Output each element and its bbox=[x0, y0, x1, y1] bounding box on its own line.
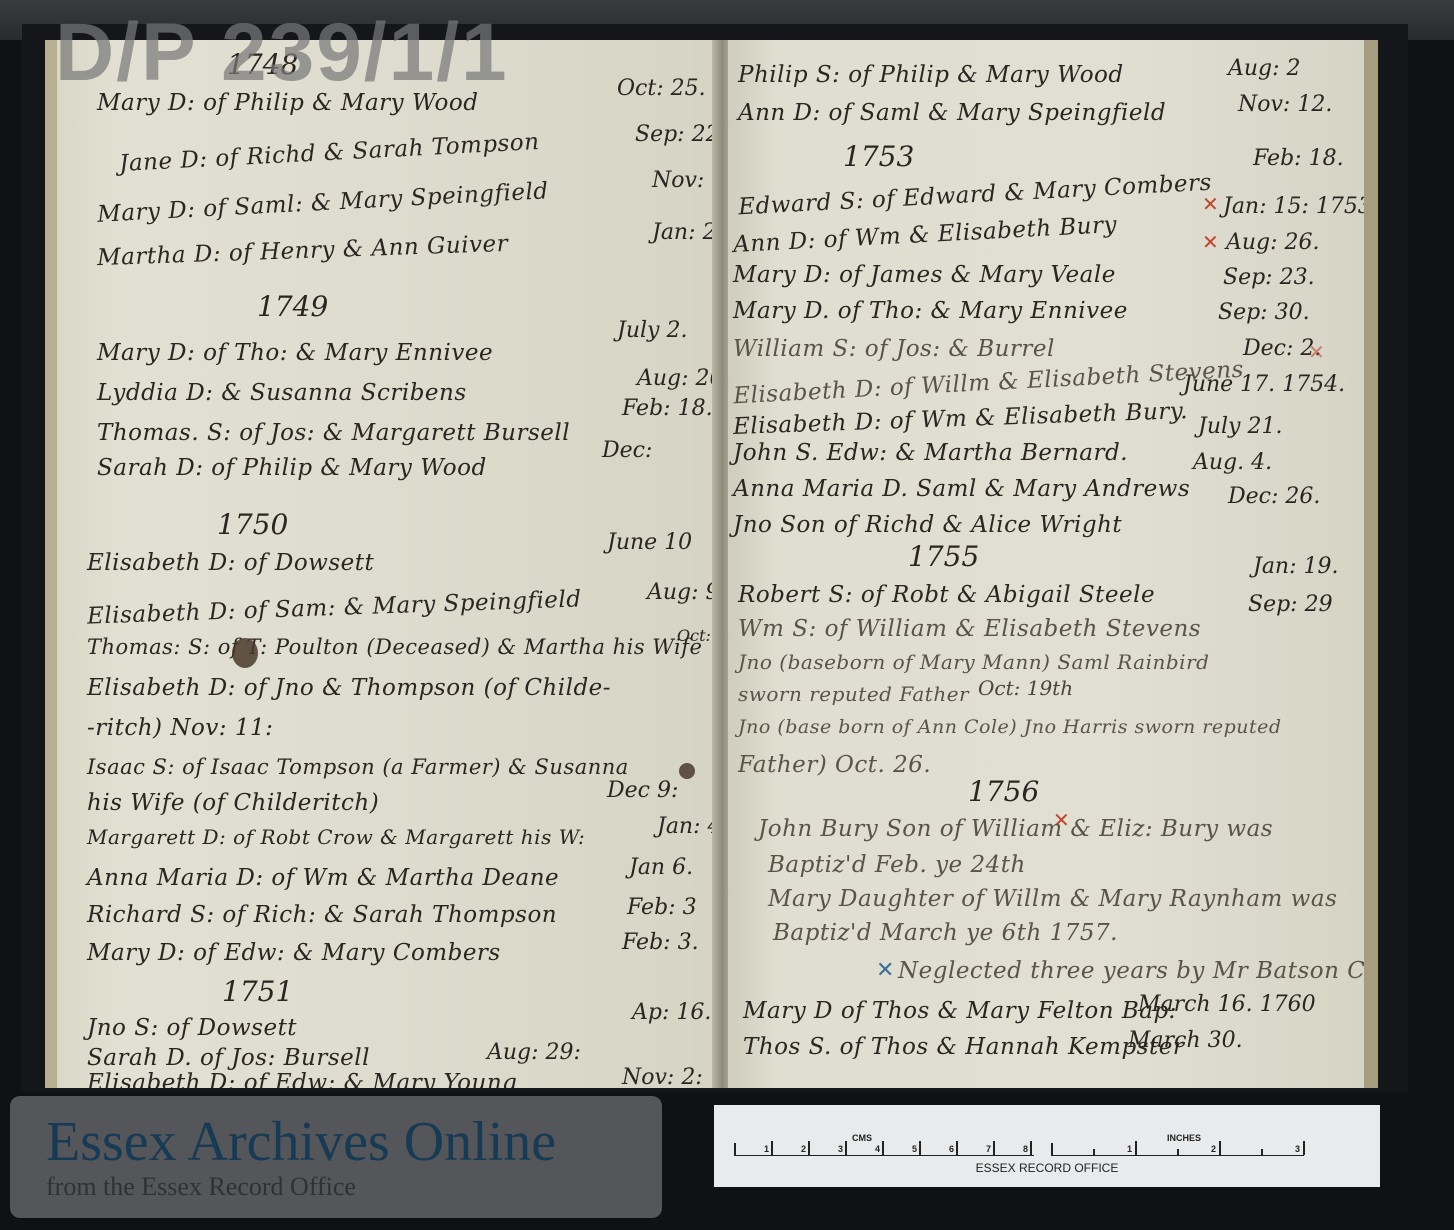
register-entry: Ann D: of Wm & Elisabeth Bury bbox=[733, 212, 1118, 258]
tick bbox=[1051, 1143, 1053, 1155]
register-entry: Baptiz'd March ye 6th 1757. bbox=[773, 920, 1118, 946]
register-entry: Robert S: of Robt & Abigail Steele bbox=[738, 582, 1155, 608]
cm-tick-label: 2 bbox=[801, 1144, 806, 1154]
cm-tick-label: 1 bbox=[764, 1144, 769, 1154]
register-entry: William S: of Jos: & Burrel bbox=[733, 336, 1055, 362]
register-entry: Mary D. of Tho: & Mary Ennivee bbox=[733, 298, 1128, 324]
tick bbox=[1177, 1149, 1179, 1155]
register-entry: Jno Son of Richd & Alice Wright bbox=[733, 512, 1122, 538]
register-entry: Thos S. of Thos & Hannah Kempster bbox=[743, 1034, 1184, 1060]
annotation-note: Neglected three years by Mr Batson Curat… bbox=[898, 958, 1378, 984]
entry-date: Oct: 19th bbox=[978, 676, 1073, 700]
year-heading: 1750 bbox=[217, 508, 288, 541]
entry-date: Feb: 18. bbox=[1253, 146, 1344, 171]
entry-date: Jan 6. bbox=[629, 855, 693, 880]
register-entry: Martha D: of Henry & Ann Guiver bbox=[97, 231, 509, 271]
tick bbox=[808, 1141, 810, 1155]
entry-date: Aug: 2 bbox=[1228, 56, 1301, 81]
tick bbox=[882, 1141, 884, 1155]
entry-date: Feb: 18. bbox=[622, 396, 713, 421]
entry-date: Dec: bbox=[602, 438, 652, 463]
cm-tick-label: 8 bbox=[1023, 1144, 1028, 1154]
entry-date: Sep: 23. bbox=[1223, 265, 1315, 290]
register-entry: Lyddia D: & Susanna Scribens bbox=[97, 380, 467, 406]
ink-stain bbox=[232, 638, 258, 668]
entry-date: Sep: 29 bbox=[1248, 592, 1333, 617]
tick bbox=[1261, 1149, 1263, 1155]
register-entry: Father) Oct. 26. bbox=[738, 752, 931, 778]
register-entry: Mary D: of James & Mary Veale bbox=[733, 262, 1116, 288]
year-heading: 1756 bbox=[968, 775, 1039, 808]
register-entry: Mary D: of Saml: & Mary Speingfield bbox=[97, 178, 550, 228]
essex-archives-logo: Essex Archives Online from the Essex Rec… bbox=[10, 1096, 662, 1218]
ink-stain bbox=[679, 763, 695, 779]
document-reference: D/P 239/1/1 bbox=[55, 12, 509, 94]
entry-date: Nov: 2: bbox=[622, 1065, 703, 1088]
register-entry: Mary D: of Edw: & Mary Combers bbox=[87, 940, 501, 966]
inch-scale: 1 2 3 bbox=[1051, 1135, 1304, 1156]
red-cross-mark: ✕ bbox=[1308, 340, 1325, 364]
red-cross-mark: ✕ bbox=[1202, 192, 1219, 216]
register-entry: John S. Edw: & Martha Bernard. bbox=[733, 440, 1128, 466]
entry-date: Jan: 4. bbox=[657, 814, 717, 839]
register-entry: Mary D of Thos & Mary Felton Bap: bbox=[743, 998, 1177, 1024]
entry-date: Dec: 26. bbox=[1228, 484, 1320, 509]
register-entry: Jane D: of Richd & Sarah Tompson bbox=[119, 129, 541, 177]
register-entry: Elisabeth D: of Edw: & Mary Young bbox=[87, 1070, 517, 1088]
register-entry: Anna Maria D. Saml & Mary Andrews bbox=[733, 476, 1190, 502]
red-cross-mark: ✕ bbox=[1202, 230, 1219, 254]
register-entry: Mary D: of Tho: & Mary Ennivee bbox=[97, 340, 493, 366]
entry-date: June 10 bbox=[607, 530, 692, 555]
entry-date: Sep: 30. bbox=[1218, 300, 1310, 325]
entry-date: Jan: 29. bbox=[652, 220, 717, 245]
cm-tick-label: 3 bbox=[838, 1144, 843, 1154]
entry-date: July 21. bbox=[1198, 414, 1282, 439]
scale-ruler: CMS 1 2 3 4 5 6 7 8 INCHES 1 2 3 ESSEX R… bbox=[714, 1105, 1380, 1187]
year-heading: 1749 bbox=[257, 290, 328, 323]
cm-tick-label: 4 bbox=[875, 1144, 880, 1154]
register-entry: Mary Daughter of Willm & Mary Raynham wa… bbox=[768, 886, 1337, 912]
entry-date: Dec 9: bbox=[607, 778, 678, 803]
tick bbox=[993, 1141, 995, 1155]
entry-date: Feb: 3. bbox=[622, 930, 699, 955]
entry-date: June 17. 1754. bbox=[1183, 372, 1345, 397]
entry-date: March 16. 1760 bbox=[1138, 992, 1316, 1017]
register-entry: Baptiz'd Feb. ye 24th bbox=[768, 852, 1026, 878]
entry-date: July 2. bbox=[617, 318, 687, 343]
register-entry: Ann D: of Saml & Mary Speingfield bbox=[738, 100, 1166, 126]
entry-date: Nov: 17 bbox=[652, 168, 717, 193]
entry-date: Aug: 9: bbox=[647, 580, 717, 605]
entry-date: Sep: 22. bbox=[635, 122, 717, 147]
register-entry: Sarah D. of Jos: Bursell bbox=[87, 1045, 370, 1071]
register-entry: Margarett D: of Robt Crow & Margarett hi… bbox=[87, 825, 585, 849]
cm-tick-label: 7 bbox=[986, 1144, 991, 1154]
tick bbox=[845, 1141, 847, 1155]
cm-tick-label: 5 bbox=[912, 1144, 917, 1154]
ruler-organisation: ESSEX RECORD OFFICE bbox=[714, 1161, 1380, 1175]
register-entry: Jno S: of Dowsett bbox=[87, 1015, 297, 1041]
year-heading: 1755 bbox=[908, 540, 979, 573]
entry-date: Nov: 12. bbox=[1238, 92, 1332, 117]
left-page: 1748 Mary D: of Philip & Mary Wood Oct: … bbox=[45, 40, 717, 1088]
entry-date: Ap: 16. bbox=[632, 1000, 711, 1025]
tick bbox=[1219, 1141, 1221, 1155]
tick bbox=[956, 1141, 958, 1155]
year-heading: 1753 bbox=[843, 140, 914, 173]
register-entry: Anna Maria D: of Wm & Martha Deane bbox=[87, 865, 559, 891]
year-heading: 1751 bbox=[222, 975, 293, 1008]
register-entry: John Bury Son of William & Eliz: Bury wa… bbox=[758, 816, 1273, 842]
tick bbox=[1093, 1149, 1095, 1155]
tick bbox=[1030, 1141, 1032, 1155]
inch-tick-label: 1 bbox=[1127, 1144, 1132, 1154]
register-entry: Edward S: of Edward & Mary Combers bbox=[738, 170, 1213, 221]
blue-cross-mark: ✕ bbox=[876, 958, 894, 983]
register-entry: his Wife (of Childeritch) bbox=[87, 790, 379, 816]
tick bbox=[1303, 1141, 1305, 1155]
register-entry: Philip S: of Philip & Mary Wood bbox=[738, 62, 1124, 88]
cm-scale: 1 2 3 4 5 6 7 8 bbox=[734, 1135, 1034, 1156]
register-entry: Isaac S: of Isaac Tompson (a Farmer) & S… bbox=[87, 755, 629, 779]
logo-subtitle: from the Essex Record Office bbox=[46, 1174, 356, 1200]
inch-tick-label: 3 bbox=[1295, 1144, 1300, 1154]
tick bbox=[771, 1141, 773, 1155]
entry-date: Aug: 20 bbox=[637, 366, 717, 391]
entry-date: Feb: 3 bbox=[627, 895, 697, 920]
entry-date: Jan: 15: 1753. bbox=[1223, 194, 1378, 219]
entry-date: March 30. bbox=[1128, 1028, 1243, 1053]
tick bbox=[734, 1143, 736, 1155]
entry-date: Aug. 4. bbox=[1193, 450, 1272, 475]
register-entry: -ritch) Nov: 11: bbox=[87, 715, 273, 741]
register-entry: Elisabeth D: of Jno & Thompson (of Child… bbox=[87, 675, 611, 701]
right-page: Philip S: of Philip & Mary Wood Aug: 2 A… bbox=[728, 40, 1378, 1088]
register-entry: Jno (baseborn of Mary Mann) Saml Rainbir… bbox=[738, 650, 1209, 674]
register-entry: Thomas: S: of T: Poulton (Deceased) & Ma… bbox=[87, 635, 702, 659]
entry-date: Jan: 19. bbox=[1253, 554, 1339, 579]
register-entry: Thomas. S: of Jos: & Margarett Bursell bbox=[97, 420, 570, 446]
register-entry: Wm S: of William & Elisabeth Stevens bbox=[738, 616, 1201, 642]
tick bbox=[1135, 1141, 1137, 1155]
entry-date: Aug: 26. bbox=[1226, 230, 1320, 255]
logo-title: Essex Archives Online bbox=[46, 1114, 556, 1170]
register-entry: Richard S: of Rich: & Sarah Thompson bbox=[87, 902, 557, 928]
tick bbox=[919, 1141, 921, 1155]
cm-tick-label: 6 bbox=[949, 1144, 954, 1154]
register-entry: sworn reputed Father bbox=[738, 682, 969, 706]
register-entry: Jno (base born of Ann Cole) Jno Harris s… bbox=[738, 716, 1282, 738]
entry-date: Oct: 2 bbox=[677, 626, 717, 645]
register-entry: Elisabeth D: of Sam: & Mary Speingfield bbox=[87, 586, 582, 629]
entry-date: Aug: 29: bbox=[487, 1040, 581, 1065]
entry-date: Oct: 25. bbox=[617, 76, 706, 101]
register-entry: Sarah D: of Philip & Mary Wood bbox=[97, 455, 487, 481]
inch-tick-label: 2 bbox=[1211, 1144, 1216, 1154]
register-entry: Elisabeth D: of Dowsett bbox=[87, 550, 374, 576]
